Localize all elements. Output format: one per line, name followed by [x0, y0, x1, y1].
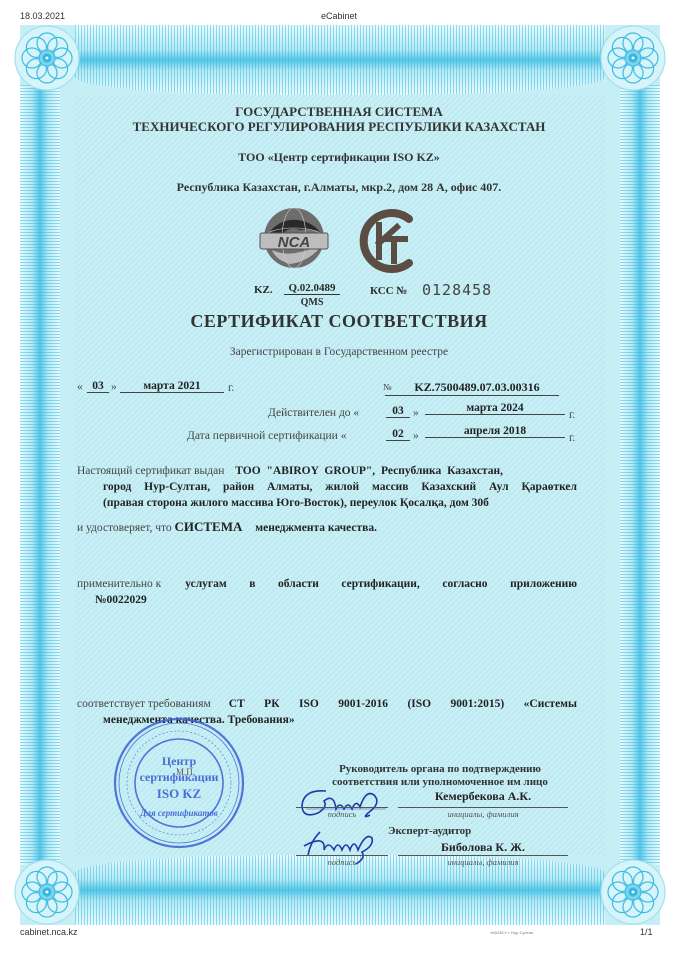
official-stamp-icon: Центр сертификации ISO KZ Для сертификат… [104, 713, 254, 853]
quote-close: » [111, 381, 117, 393]
issued-to-line-2: город Нур-Султан, район Алматы, жилой ма… [103, 479, 577, 495]
registration-month-year: марта 2021 [120, 380, 224, 393]
issuer-address: Республика Казахстан, г.Алматы, мкр.2, д… [0, 180, 678, 195]
certifies-type: менеджмента качества. [255, 522, 377, 534]
quote-open: « [77, 381, 83, 393]
valid-until-month-year: марта 2024 [425, 402, 565, 415]
signature-caption: подпись [296, 809, 388, 819]
header-line-2: ТЕХНИЧЕСКОГО РЕГУЛИРОВАНИЯ РЕСПУБЛИКИ КА… [0, 119, 678, 135]
nca-globe-logo-icon: NCA [254, 204, 334, 274]
compliance-line-1: соответствует требованиям СТ РК ISO 9001… [77, 696, 577, 712]
scope-text: услугам в области сертификации, согласно… [185, 576, 577, 592]
certifies-lead: и удостоверяет, что [77, 522, 172, 534]
name-caption: инициалы, фамилия [398, 857, 568, 867]
year-suffix: г. [569, 432, 575, 444]
expert-title: Эксперт-аудитор [388, 825, 471, 837]
scope-lead: применительно к [77, 576, 161, 592]
signature-caption: подпись [296, 857, 388, 867]
first-certification-label: Дата первичной сертификации « [187, 430, 346, 442]
name-caption: инициалы, фамилия [398, 809, 568, 819]
kcc-label: КСС № [370, 285, 407, 297]
first-certification-month-year: апреля 2018 [425, 425, 565, 438]
valid-until-label: Действителен до « [268, 407, 359, 419]
issuing-organization: ТОО «Центр сертификации ISO KZ» [0, 150, 678, 165]
kcc-number: 0128458 [422, 281, 492, 299]
svg-text:Для сертификатов: Для сертификатов [139, 808, 218, 818]
head-title-line-1: Руководитель органа по подтверждению [300, 763, 580, 775]
quote-close: » [413, 430, 419, 442]
certificate-content: ГОСУДАРСТВЕННАЯ СИСТЕМА ТЕХНИЧЕСКОГО РЕГ… [0, 0, 678, 960]
quote-close: » [413, 407, 419, 419]
first-certification-day: 02 [386, 428, 410, 441]
expert-name: Биболова К. Ж. [398, 840, 568, 855]
kt-conformity-mark-icon [357, 207, 419, 275]
head-signature-icon [296, 783, 396, 828]
issued-to-line-1: Настоящий сертификат выдан ТОО "ABIROY G… [77, 463, 577, 479]
year-suffix: г. [228, 382, 234, 394]
print-small-print: «КАЗКС» г. Нур-Султан [490, 930, 533, 935]
head-name-line [398, 807, 568, 808]
head-name: Кемербекова А.К. [398, 789, 568, 804]
accreditation-scheme: QMS [284, 297, 340, 308]
issued-to-company: ТОО "ABIROY GROUP", Республика Казахстан… [235, 465, 503, 477]
scope-annex-number: №0022029 [95, 592, 147, 608]
svg-text:ISO KZ: ISO KZ [157, 786, 202, 801]
registration-day: 03 [87, 380, 109, 393]
svg-text:М.П.: М.П. [176, 767, 195, 777]
expert-name-line [398, 855, 568, 856]
svg-text:Центр: Центр [162, 754, 197, 768]
registration-number: KZ.7500489.07.03.00316 [385, 380, 559, 396]
accreditation-number: Q.02.0489 [284, 282, 340, 295]
compliance-standard: СТ РК ISO 9001-2016 (ISO 9001:2015) «Сис… [229, 696, 577, 712]
issued-to-line-3: (правая сторона жилого массива Юго-Восто… [103, 495, 577, 511]
compliance-lead: соответствует требованиям [77, 696, 211, 712]
header-line-1: ГОСУДАРСТВЕННАЯ СИСТЕМА [0, 104, 678, 120]
valid-until-day: 03 [386, 405, 410, 418]
registered-statement: Зарегистрирован в Государственном реестр… [0, 346, 678, 358]
accreditation-prefix: KZ. [254, 284, 273, 296]
certifies-line: и удостоверяет, что СИСТЕМА менеджмента … [77, 519, 577, 536]
certificate-title: СЕРТИФИКАТ СООТВЕТСТВИЯ [0, 311, 678, 332]
scope-line-1: применительно к услугам в области сертиф… [77, 576, 577, 592]
print-page-number: 1/1 [640, 927, 653, 937]
svg-text:NCA: NCA [278, 234, 311, 251]
head-signature-line [296, 807, 388, 808]
year-suffix: г. [569, 409, 575, 421]
expert-signature-line [296, 855, 388, 856]
certifies-system: СИСТЕМА [174, 519, 242, 534]
issued-to-lead: Настоящий сертификат выдан [77, 465, 224, 477]
print-url: cabinet.nca.kz [20, 927, 78, 937]
